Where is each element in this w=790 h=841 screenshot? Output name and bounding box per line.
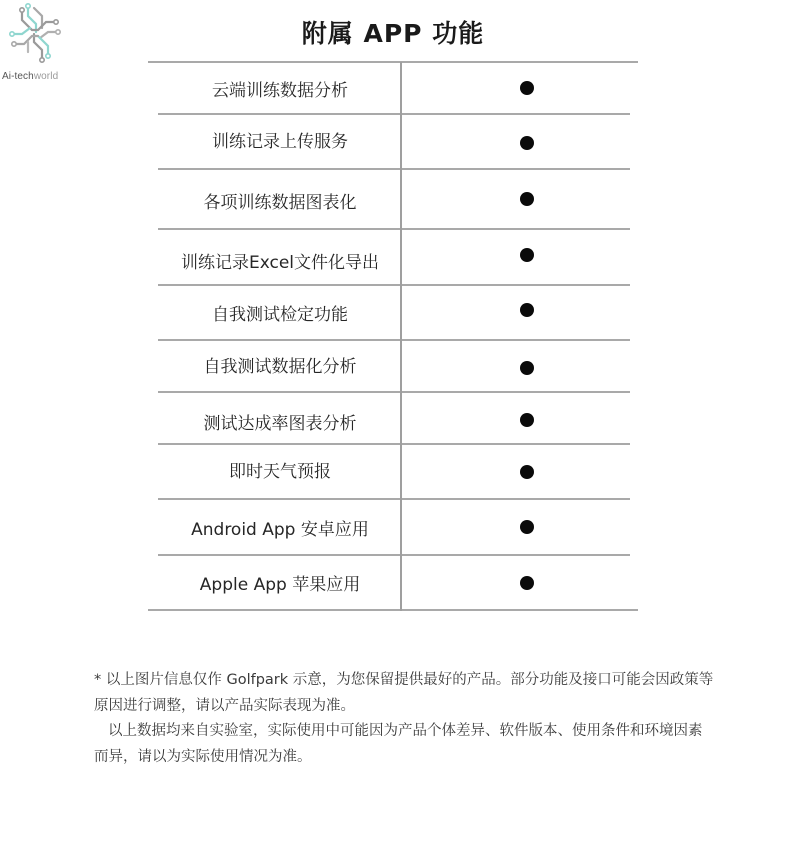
table-row: 训练记录上传服务: [148, 115, 638, 168]
watermark-logo: Ai-techworld: [0, 0, 70, 86]
table-row: 测试达成率图表分析: [148, 393, 638, 443]
supported-dot-icon: [520, 192, 534, 206]
table-row: 各项训练数据图表化: [148, 170, 638, 228]
supported-dot-icon: [520, 136, 534, 150]
feature-label: Apple App 苹果应用: [158, 556, 402, 609]
data-source-paragraph: 以上数据均来自实验室，实际使用中可能因为产品个体差异、软件版本、使用条件和环境因…: [94, 719, 714, 770]
table-row: Apple App 苹果应用: [148, 556, 638, 609]
supported-dot-icon: [520, 413, 534, 427]
table-row: 训练记录Excel文件化导出: [148, 230, 638, 284]
table-row: 自我测试数据化分析: [148, 341, 638, 391]
circuit-pinwheel-logo-icon: [6, 2, 64, 64]
feature-label: 各项训练数据图表化: [158, 172, 402, 228]
supported-dot-icon: [520, 576, 534, 590]
table-bottom-border: [148, 609, 638, 611]
supported-dot-icon: [520, 81, 534, 95]
disclaimer-paragraph: * 以上图片信息仅作 Golfpark 示意，为您保留提供最好的产品。部分功能及…: [94, 668, 714, 719]
feature-label: 自我测试数据化分析: [158, 337, 402, 391]
supported-dot-icon: [520, 361, 534, 375]
feature-label: Android App 安卓应用: [158, 500, 402, 554]
supported-dot-icon: [520, 248, 534, 262]
feature-label: 自我测试检定功能: [158, 286, 402, 339]
table-row: Android App 安卓应用: [148, 500, 638, 554]
watermark-text: Ai-techworld: [2, 71, 58, 82]
page-title: 附属 APP 功能: [148, 14, 638, 50]
table-row: 云端训练数据分析: [148, 63, 638, 113]
feature-label: 即时天气预报: [158, 441, 402, 498]
feature-label: 训练记录上传服务: [158, 110, 402, 168]
supported-dot-icon: [520, 465, 534, 479]
feature-label: 测试达成率图表分析: [158, 399, 402, 443]
disclaimer-footnote: * 以上图片信息仅作 Golfpark 示意，为您保留提供最好的产品。部分功能及…: [94, 668, 714, 770]
supported-dot-icon: [520, 520, 534, 534]
feature-label: 云端训练数据分析: [158, 63, 402, 113]
table-row: 自我测试检定功能: [148, 286, 638, 339]
supported-dot-icon: [520, 303, 534, 317]
feature-label: 训练记录Excel文件化导出: [158, 236, 402, 284]
table-row: 即时天气预报: [148, 445, 638, 498]
